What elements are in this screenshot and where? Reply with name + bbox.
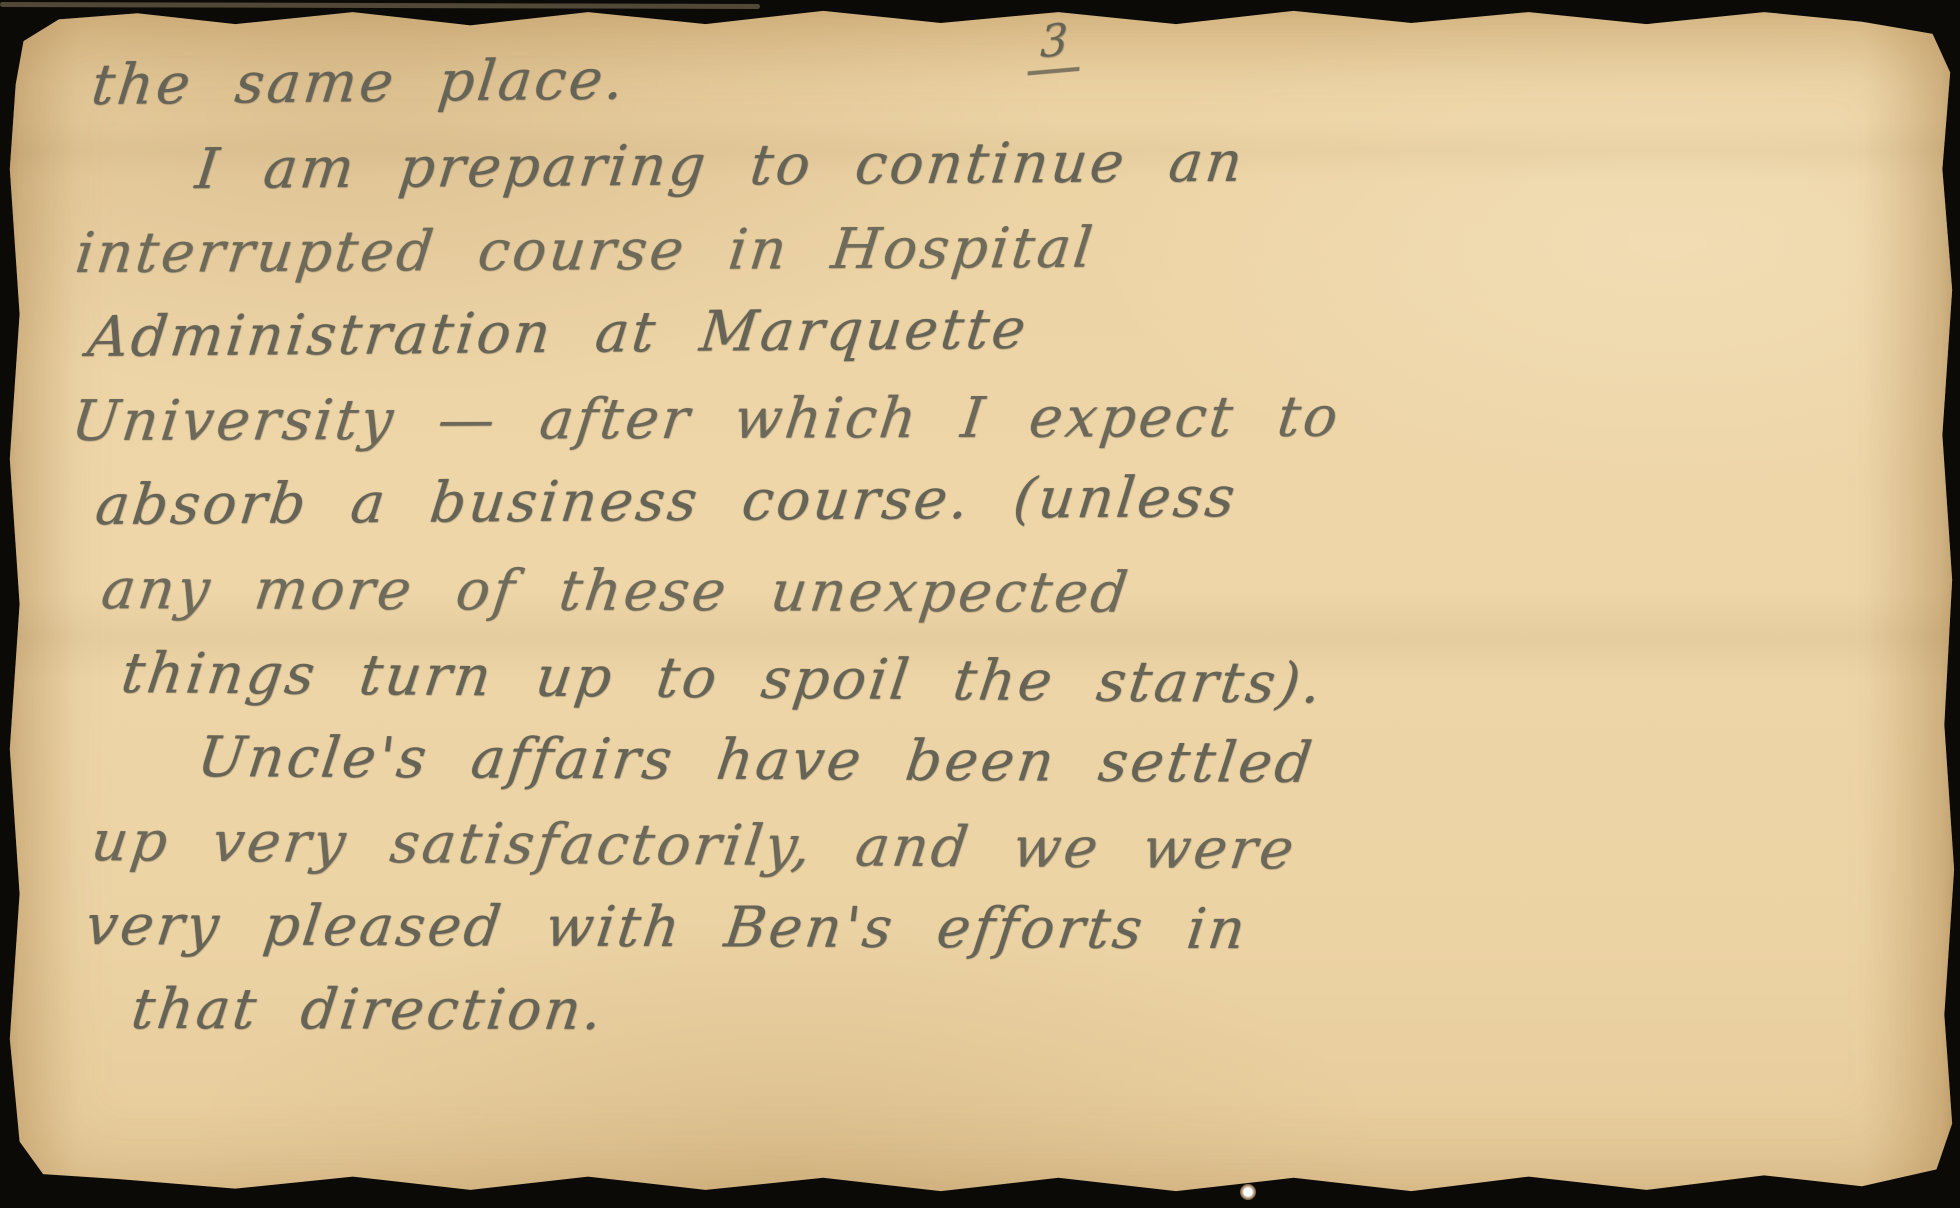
handwriting-line: very pleased with Ben's efforts in [81,884,1960,975]
handwriting-line: Uncle's affairs have been settled [193,716,1960,809]
handwriting-line: the same place. [87,24,1960,128]
handwriting-line: I am preparing to continue an [191,116,1960,212]
letter-page: 3 the same place.I am preparing to conti… [0,0,1960,1208]
handwriting-line: absorb a business course. (unless [91,451,1960,548]
handwriting-line: up very satisfactorily, and we were [87,800,1960,897]
handwriting-line: University — after which I expect to [67,373,1960,464]
handwriting-line: any more of these unexpected [97,548,1960,638]
scan-artifact-dot [1240,1184,1256,1200]
letter-body: the same place.I am preparing to continu… [0,44,1960,1052]
scan-edge-artifact [0,2,760,9]
handwriting-line: Administration at Marquette [83,280,1960,380]
handwriting-line: that direction. [127,968,1960,1055]
